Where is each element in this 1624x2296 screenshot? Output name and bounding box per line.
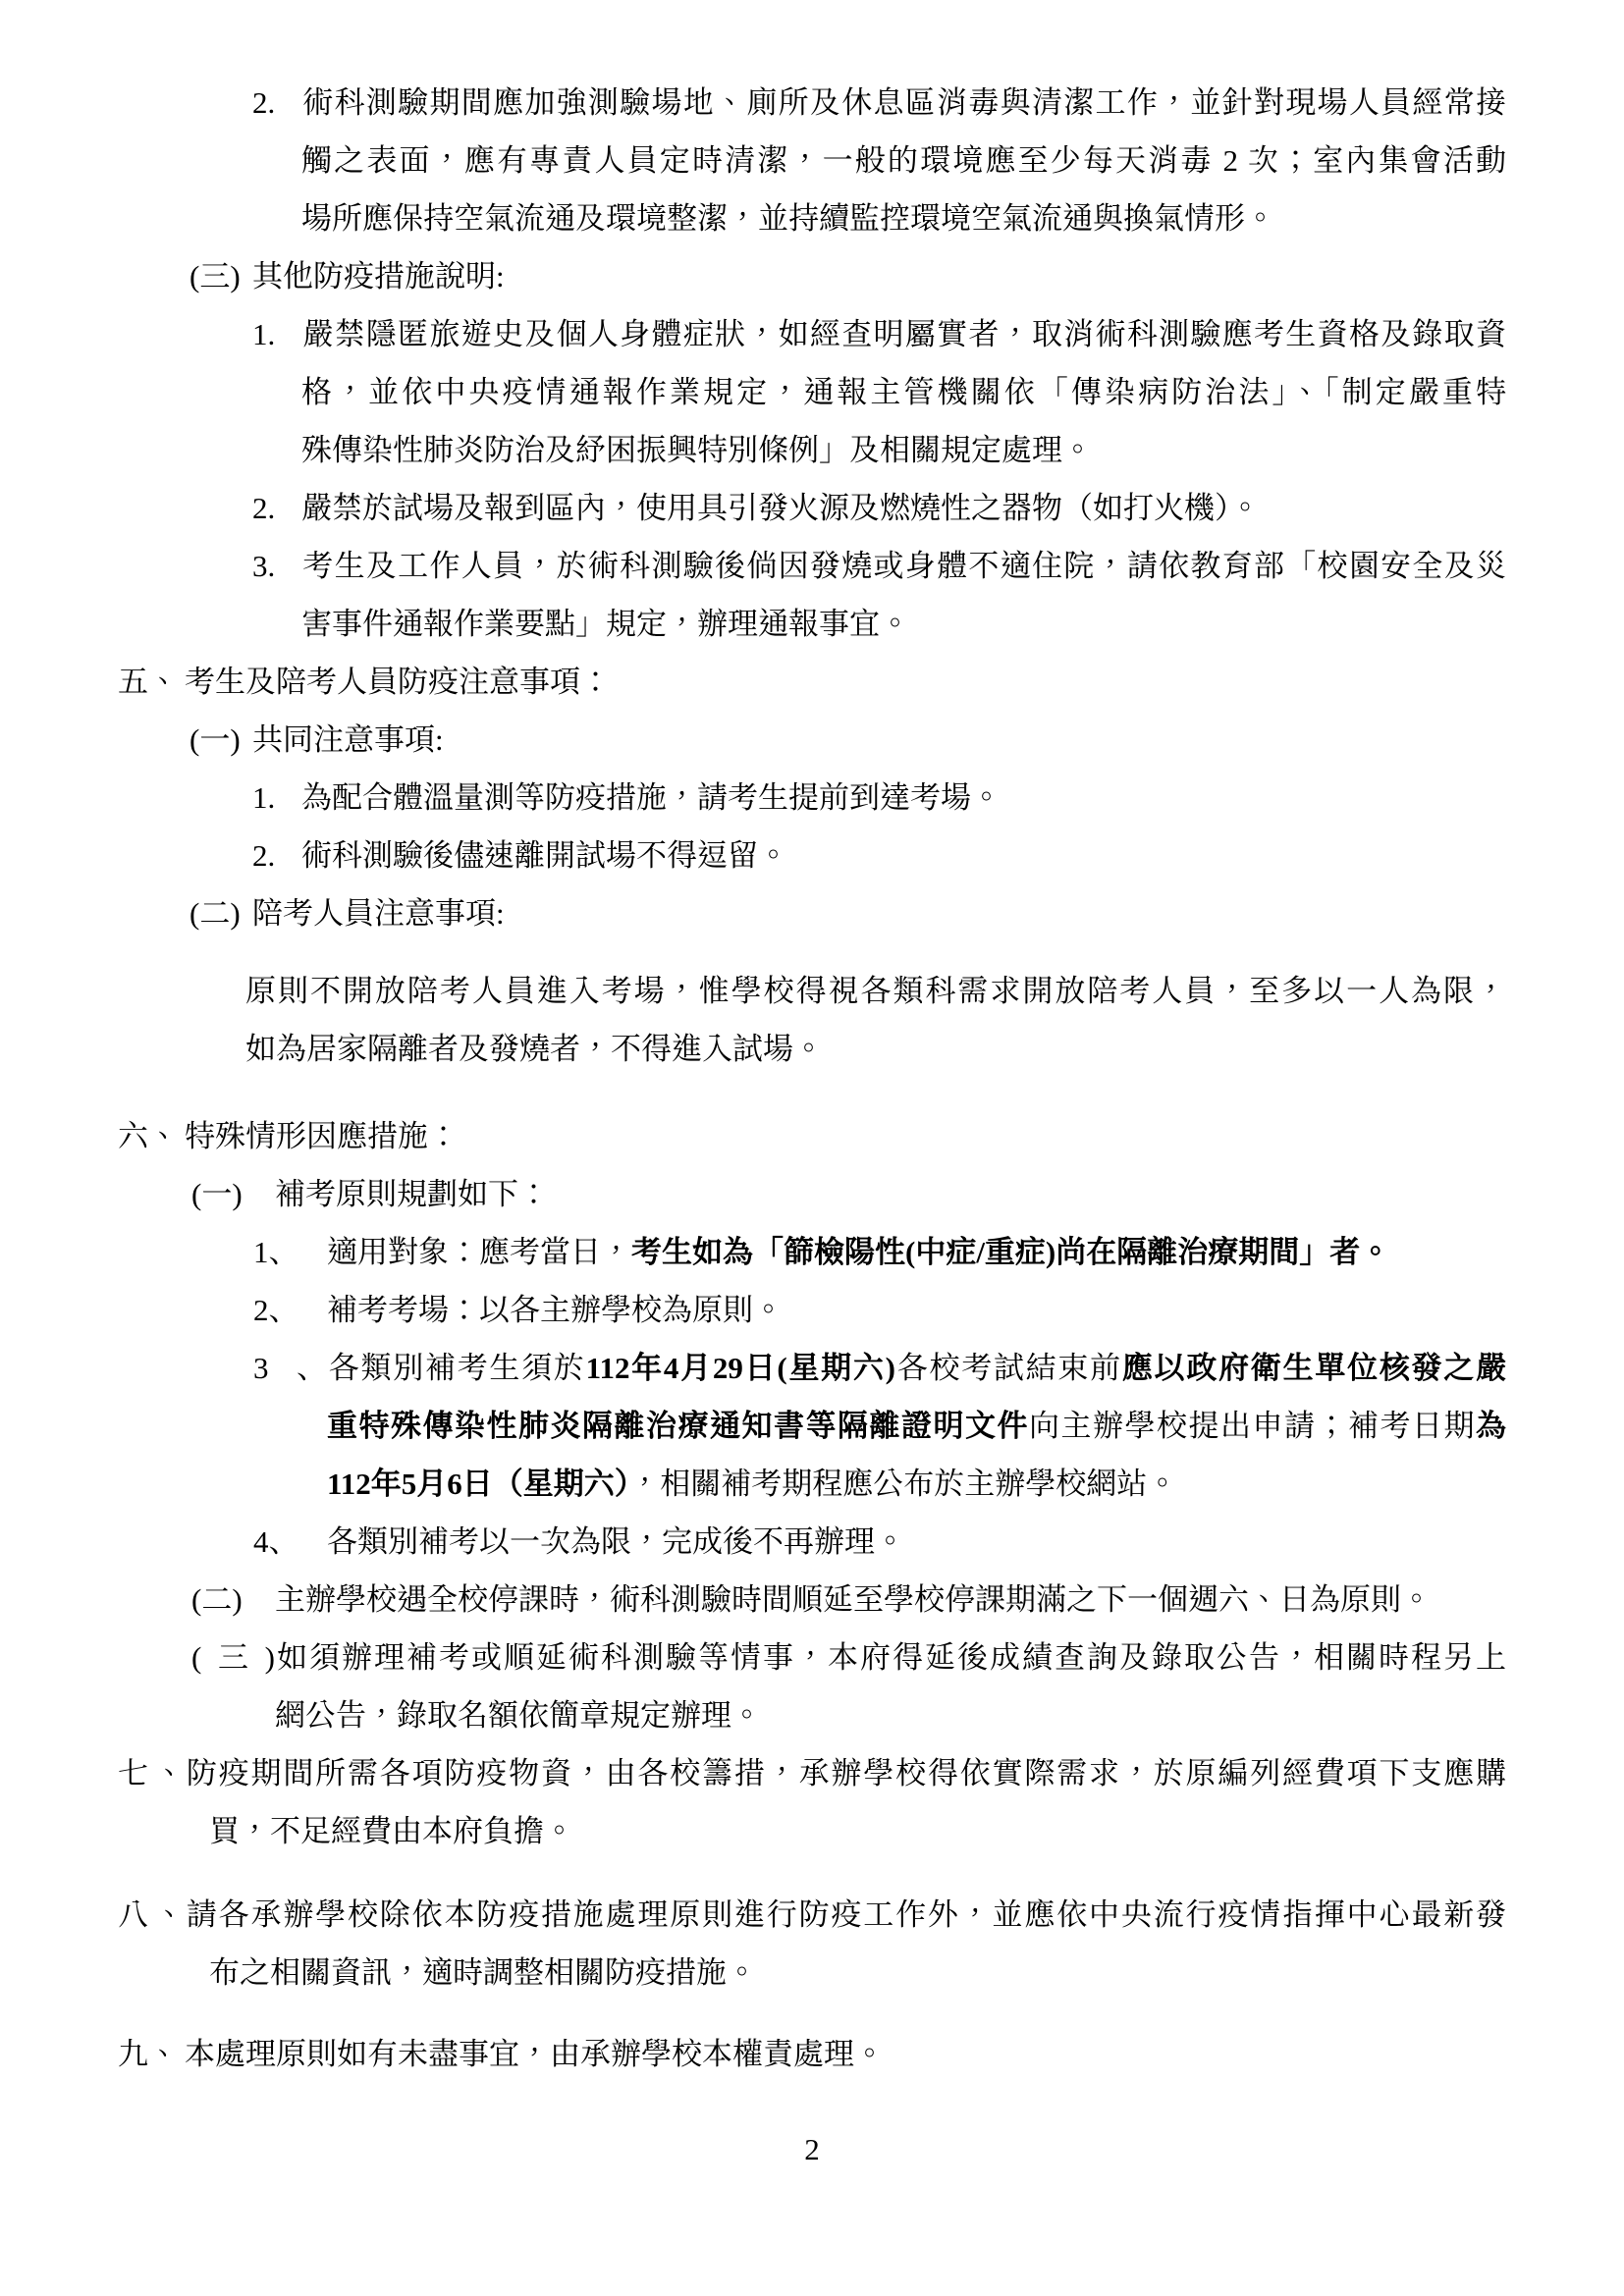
text-line: (一)補考原則規劃如下： bbox=[275, 1165, 1506, 1223]
item-makeup-application: 3、各類別補考生須於112年4月29日(星期六)各校考試結束前應以政府衛生單位核… bbox=[118, 1339, 1506, 1513]
heading-makeup-principles: (一)補考原則規劃如下： bbox=[118, 1165, 1506, 1223]
text-line: 1.嚴禁隱匿旅遊史及個人身體症狀，如經查明屬實者，取消術科測驗應考生資格及錄取資 bbox=[301, 305, 1506, 363]
text-run: 布之相關資訊，適時調整相關防疫措施。 bbox=[209, 1955, 757, 1990]
list-marker: 3、 bbox=[253, 1339, 327, 1397]
bold-text: 為 bbox=[1476, 1409, 1506, 1443]
list-marker: (三) bbox=[189, 247, 252, 305]
item-arrive-early: 1.為配合體溫量測等防疫措施，請考生提前到達考場。 bbox=[118, 769, 1506, 827]
list-marker: 2. bbox=[252, 479, 301, 537]
bold-text: 112年4月29日(星期六) bbox=[586, 1351, 895, 1385]
list-marker: (三) bbox=[191, 1629, 275, 1686]
text-line: 格，並依中央疫情通報作業規定，通報主管機關依「傳染病防治法」、「制定嚴重特 bbox=[301, 363, 1506, 421]
text-line: 重特殊傳染性肺炎隔離治療通知書等隔離證明文件向主辦學校提出申請；補考日期為 bbox=[327, 1397, 1506, 1455]
text-line: (一)共同注意事項: bbox=[252, 711, 1506, 769]
list-marker: 2. bbox=[252, 827, 301, 884]
text-line: 害事件通報作業要點」規定，辦理通報事宜。 bbox=[301, 595, 1506, 653]
text-run: 主辦學校遇全校停課時，術科測驗時間順延至學校停課期滿之下一個週六、日為原則。 bbox=[275, 1582, 1432, 1617]
section-6: 六、特殊情形因應措施： bbox=[118, 1107, 1506, 1165]
text-run: 殊傳染性肺炎防治及紓困振興特別條例」及相關規定處理。 bbox=[301, 433, 1093, 467]
text-run: 各校考試結束前 bbox=[895, 1351, 1122, 1385]
text-line: (三)其他防疫措施說明: bbox=[252, 247, 1506, 305]
text-run: 陪考人員注意事項: bbox=[252, 896, 505, 931]
text-run: 防疫期間所需各項防疫物資，由各校籌措，承辦學校得依實際需求，於原編列經費項下支應… bbox=[185, 1756, 1506, 1790]
text-line: 布之相關資訊，適時調整相關防疫措施。 bbox=[209, 1944, 1506, 2002]
text-run: 如須辦理補考或順延術科測驗等情事，本府得延後成績查詢及錄取公告，相關時程另上 bbox=[275, 1640, 1506, 1675]
list-marker: (一) bbox=[189, 711, 252, 769]
list-marker: 2、 bbox=[253, 1281, 327, 1339]
text-line: 112年5月6日（星期六），相關補考期程應公布於主辦學校網站。 bbox=[327, 1455, 1506, 1513]
text-run: 考生及工作人員，於術科測驗後倘因發燒或身體不適住院，請依教育部「校園安全及災 bbox=[301, 549, 1506, 583]
document-body: 2.術科測驗期間應加強測驗場地、廁所及休息區消毒與清潔工作，並針對現場人員經常接… bbox=[118, 74, 1506, 2178]
text-run: 場所應保持空氣流通及環境整潔，並持續監控環境空氣流通與換氣情形。 bbox=[301, 201, 1275, 236]
text-run: 本處理原則如有未盡事宜，由承辦學校本權責處理。 bbox=[185, 2037, 885, 2071]
text-run: 各類別補考以一次為限，完成後不再辦理。 bbox=[327, 1524, 905, 1559]
text-run: 補考原則規劃如下： bbox=[275, 1177, 549, 1211]
text-line: 2.術科測驗期間應加強測驗場地、廁所及休息區消毒與清潔工作，並針對現場人員經常接 bbox=[301, 74, 1506, 132]
list-marker: 1. bbox=[252, 305, 301, 363]
text-run: 嚴禁於試場及報到區內，使用具引發火源及燃燒性之器物（如打火機）。 bbox=[301, 491, 1261, 525]
text-run: 各類別補考生須於 bbox=[327, 1351, 586, 1385]
text-line: 九、本處理原則如有未盡事宜，由承辦學校本權責處理。 bbox=[185, 2025, 1506, 2083]
text-run: 觸之表面，應有專責人員定時清潔，一般的環境應至少每天消毒 2 次；室內集會活動 bbox=[301, 143, 1506, 178]
section-5: 五、考生及陪考人員防疫注意事項： bbox=[118, 653, 1506, 711]
section-9: 九、本處理原則如有未盡事宜，由承辦學校本權責處理。 bbox=[118, 2025, 1506, 2083]
list-marker: 2. bbox=[252, 74, 301, 132]
item-hospital-report: 3.考生及工作人員，於術科測驗後倘因發燒或身體不適住院，請依教育部「校園安全及災… bbox=[118, 537, 1506, 653]
item-no-concealment: 1.嚴禁隱匿旅遊史及個人身體症狀，如經查明屬實者，取消術科測驗應考生資格及錄取資… bbox=[118, 305, 1506, 479]
text-line: 1、適用對象：應考當日，考生如為「篩檢陽性(中症/重症)尚在隔離治療期間」者。 bbox=[327, 1223, 1506, 1281]
list-marker: (二) bbox=[189, 884, 252, 942]
text-line: 六、特殊情形因應措施： bbox=[185, 1107, 1506, 1165]
item-no-fire: 2.嚴禁於試場及報到區內，使用具引發火源及燃燒性之器物（如打火機）。 bbox=[118, 479, 1506, 537]
text-line: 八、請各承辦學校除依本防疫措施處理原則進行防疫工作外，並應依中央流行疫情指揮中心… bbox=[209, 1886, 1506, 1944]
text-line: 3.考生及工作人員，於術科測驗後倘因發燒或身體不適住院，請依教育部「校園安全及災 bbox=[301, 537, 1506, 595]
list-marker: (二) bbox=[191, 1571, 275, 1629]
list-marker: 六、 bbox=[118, 1107, 185, 1165]
text-line: (二)陪考人員注意事項: bbox=[252, 884, 1506, 942]
text-run: 害事件通報作業要點」規定，辦理通報事宜。 bbox=[301, 607, 910, 641]
text-run: 網公告，錄取名額依簡章規定辦理。 bbox=[275, 1698, 762, 1733]
bold-text: 考生如為「篩檢陽性(中症/重症)尚在隔離治療期間」者。 bbox=[631, 1235, 1390, 1269]
item-leave-quickly: 2.術科測驗後儘速離開試場不得逗留。 bbox=[118, 827, 1506, 884]
item-school-closure: (二)主辦學校遇全校停課時，術科測驗時間順延至學校停課期滿之下一個週六、日為原則… bbox=[118, 1571, 1506, 1629]
text-run: 為配合體溫量測等防疫措施，請考生提前到達考場。 bbox=[301, 780, 1001, 815]
list-marker: 4、 bbox=[253, 1513, 327, 1571]
item-makeup-eligibility: 1、適用對象：應考當日，考生如為「篩檢陽性(中症/重症)尚在隔離治療期間」者。 bbox=[118, 1223, 1506, 1281]
text-run: 格，並依中央疫情通報作業規定，通報主管機關依「傳染病防治法」、「制定嚴重特 bbox=[301, 375, 1506, 409]
section-8: 八、請各承辦學校除依本防疫措施處理原則進行防疫工作外，並應依中央流行疫情指揮中心… bbox=[118, 1886, 1506, 2002]
list-marker: 八、 bbox=[118, 1886, 185, 1944]
list-marker: 1. bbox=[252, 769, 301, 827]
list-marker: 七、 bbox=[118, 1744, 185, 1802]
text-line: 2.嚴禁於試場及報到區內，使用具引發火源及燃燒性之器物（如打火機）。 bbox=[301, 479, 1506, 537]
page-number: 2 bbox=[118, 2120, 1506, 2178]
text-run: ，相關補考期程應公布於主辦學校網站。 bbox=[629, 1467, 1177, 1501]
text-line: 4、各類別補考以一次為限，完成後不再辦理。 bbox=[327, 1513, 1506, 1571]
text-run: 術科測驗後儘速離開試場不得逗留。 bbox=[301, 838, 788, 873]
list-marker: 九、 bbox=[118, 2025, 185, 2083]
text-run: 共同注意事項: bbox=[252, 722, 444, 757]
text-line: 2、補考考場：以各主辦學校為原則。 bbox=[327, 1281, 1506, 1339]
text-line: (二)主辦學校遇全校停課時，術科測驗時間順延至學校停課期滿之下一個週六、日為原則… bbox=[275, 1571, 1506, 1629]
text-line: 場所應保持空氣流通及環境整潔，並持續監控環境空氣流通與換氣情形。 bbox=[301, 189, 1506, 247]
text-run: 其他防疫措施說明: bbox=[252, 259, 505, 294]
heading-common-notes: (一)共同注意事項: bbox=[118, 711, 1506, 769]
text-line: 殊傳染性肺炎防治及紓困振興特別條例」及相關規定處理。 bbox=[301, 421, 1506, 479]
list-marker: (一) bbox=[191, 1165, 275, 1223]
text-run: 適用對象：應考當日， bbox=[327, 1235, 631, 1269]
text-line: 網公告，錄取名額依簡章規定辦理。 bbox=[275, 1686, 1506, 1744]
item-makeup-venue: 2、補考考場：以各主辦學校為原則。 bbox=[118, 1281, 1506, 1339]
text-run: 原則不開放陪考人員進入考場，惟學校得視各類科需求開放陪考人員，至多以一人為限， bbox=[245, 974, 1506, 1008]
text-run: 考生及陪考人員防疫注意事項： bbox=[185, 665, 611, 699]
para-companion-policy: 原則不開放陪考人員進入考場，惟學校得視各類科需求開放陪考人員，至多以一人為限，如… bbox=[118, 962, 1506, 1078]
list-marker: 3. bbox=[252, 537, 301, 595]
list-marker: 五、 bbox=[118, 653, 185, 711]
bold-text: 112年5月6日（星期六） bbox=[327, 1467, 629, 1501]
text-line: 1.為配合體溫量測等防疫措施，請考生提前到達考場。 bbox=[301, 769, 1506, 827]
bold-text: 應以政府衛生單位核發之嚴 bbox=[1122, 1351, 1506, 1385]
heading-companion-notes: (二)陪考人員注意事項: bbox=[118, 884, 1506, 942]
text-run: 補考考場：以各主辦學校為原則。 bbox=[327, 1293, 784, 1327]
list-marker: 1、 bbox=[253, 1223, 327, 1281]
item-disinfection: 2.術科測驗期間應加強測驗場地、廁所及休息區消毒與清潔工作，並針對現場人員經常接… bbox=[118, 74, 1506, 247]
document-page: 2.術科測驗期間應加強測驗場地、廁所及休息區消毒與清潔工作，並針對現場人員經常接… bbox=[0, 0, 1624, 2296]
text-line: 如為居家隔離者及發燒者，不得進入試場。 bbox=[245, 1020, 1506, 1078]
text-line: (三)如須辦理補考或順延術科測驗等情事，本府得延後成績查詢及錄取公告，相關時程另… bbox=[275, 1629, 1506, 1686]
text-line: 3、各類別補考生須於112年4月29日(星期六)各校考試結束前應以政府衛生單位核… bbox=[327, 1339, 1506, 1397]
text-run: 特殊情形因應措施： bbox=[185, 1119, 459, 1153]
text-run: 買，不足經費由本府負擔。 bbox=[209, 1814, 574, 1848]
text-run: 嚴禁隱匿旅遊史及個人身體症狀，如經查明屬實者，取消術科測驗應考生資格及錄取資 bbox=[301, 317, 1506, 351]
bold-text: 重特殊傳染性肺炎隔離治療通知書等隔離證明文件 bbox=[327, 1409, 1029, 1443]
text-line: 五、考生及陪考人員防疫注意事項： bbox=[185, 653, 1506, 711]
text-run: 如為居家隔離者及發燒者，不得進入試場。 bbox=[245, 1032, 824, 1066]
text-line: 觸之表面，應有專責人員定時清潔，一般的環境應至少每天消毒 2 次；室內集會活動 bbox=[301, 132, 1506, 189]
item-makeup-once: 4、各類別補考以一次為限，完成後不再辦理。 bbox=[118, 1513, 1506, 1571]
section-7: 七、防疫期間所需各項防疫物資，由各校籌措，承辦學校得依實際需求，於原編列經費項下… bbox=[118, 1744, 1506, 1860]
text-run: 向主辦學校提出申請；補考日期 bbox=[1029, 1409, 1476, 1443]
text-run: 術科測驗期間應加強測驗場地、廁所及休息區消毒與清潔工作，並針對現場人員經常接 bbox=[301, 85, 1506, 120]
text-line: 2.術科測驗後儘速離開試場不得逗留。 bbox=[301, 827, 1506, 884]
text-line: 七、防疫期間所需各項防疫物資，由各校籌措，承辦學校得依實際需求，於原編列經費項下… bbox=[209, 1744, 1506, 1802]
text-run: 請各承辦學校除依本防疫措施處理原則進行防疫工作外，並應依中央流行疫情指揮中心最新… bbox=[185, 1897, 1506, 1932]
text-line: 買，不足經費由本府負擔。 bbox=[209, 1802, 1506, 1860]
text-line: 原則不開放陪考人員進入考場，惟學校得視各類科需求開放陪考人員，至多以一人為限， bbox=[245, 962, 1506, 1020]
heading-other-measures: (三)其他防疫措施說明: bbox=[118, 247, 1506, 305]
item-postponement: (三)如須辦理補考或順延術科測驗等情事，本府得延後成績查詢及錄取公告，相關時程另… bbox=[118, 1629, 1506, 1744]
